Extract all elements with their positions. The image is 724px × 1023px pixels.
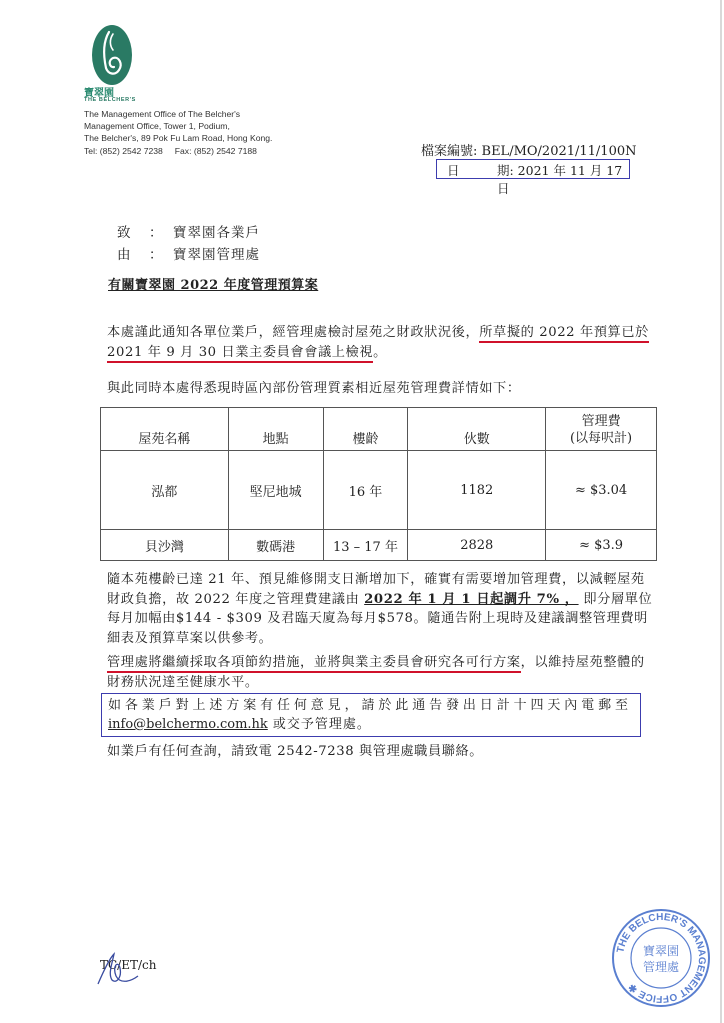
cell-age: 13 – 17 年 [323, 530, 408, 561]
recipients: 致：寶翠園各業戶 由：寶翠園管理處 [117, 222, 260, 266]
paragraph-budget-review: 本處謹此通知各單位業戶，經管理處檢討屋苑之財政狀況後，所草擬的 2022 年預算… [107, 323, 657, 363]
highlighted-text: 管理處將繼續採取各項節約措施，並將與業主委員會研究各可行方案 [107, 655, 521, 673]
colon: ： [149, 222, 173, 244]
signature-icon [94, 948, 154, 988]
address-line: The Management Office of The Belcher's [84, 108, 272, 120]
date-label: 日 [447, 161, 460, 179]
file-number: 檔案編號: BEL/MO/2021/11/100N [421, 140, 637, 159]
letterhead-address: The Management Office of The Belcher's M… [84, 108, 272, 157]
logo-english-name: THE BELCHER'S [84, 97, 136, 103]
feedback-notice-box: 如各業戶對上述方案有任何意見，請於此通告發出日計十四天內電郵至 info@bel… [101, 693, 641, 737]
cell-age: 16 年 [323, 451, 408, 530]
notice-line-2: info@belchermo.com.hk 或交予管理處。 [108, 715, 634, 734]
svg-text:寶翠園: 寶翠園 [643, 943, 679, 958]
cell-location: 堅尼地城 [228, 451, 323, 530]
address-line: The Belcher's, 89 Pok Fu Lam Road, Hong … [84, 132, 272, 144]
to-value: 寶翠園各業戶 [173, 225, 260, 241]
to-line: 致：寶翠園各業戶 [117, 222, 260, 244]
from-value: 寶翠園管理處 [173, 247, 260, 263]
increase-highlight: 2022 年 1 月 1 日起調升 7% ， [364, 592, 578, 607]
header-estate-name: 屋苑名稱 [101, 408, 229, 451]
svg-text:管理處: 管理處 [643, 959, 679, 974]
email-link[interactable]: info@belchermo.com.hk [108, 717, 268, 732]
header-fee-title: 管理費 [546, 413, 656, 430]
header-management-fee: 管理費 (以每呎計) [546, 408, 657, 451]
header-location: 地點 [228, 408, 323, 451]
cell-fee: ≈ $3.04 [546, 451, 657, 530]
table-row: 貝沙灣 數碼港 13 – 17 年 2828 ≈ $3.9 [101, 530, 657, 561]
paragraph-fee-increase: 隨本苑樓齡已達 21 年、預見維修開支日漸增加下，確實有需要增加管理費，以減輕屋… [107, 570, 657, 648]
paragraph-comparison-intro: 與此同時本處得悉現時區內部份管理質素相近屋苑管理費詳情如下： [107, 379, 657, 399]
to-key: 致 [117, 222, 149, 244]
notice-text: 或交予管理處。 [268, 717, 371, 732]
table-row: 泓都 堅尼地城 16 年 1182 ≈ $3.04 [101, 451, 657, 530]
paragraph-cost-saving: 管理處將繼續採取各項節約措施，並將與業主委員會研究各可行方案，以維持屋苑整體的財… [107, 653, 657, 692]
from-key: 由 [117, 244, 149, 266]
subject-heading: 有關寶翠園 2022 年度管理預算案 [108, 274, 318, 293]
notice-text: 如各業戶對上述方案有任何意見，請於此通告發出日計十四天內電郵至 [108, 696, 634, 715]
cell-location: 數碼港 [228, 530, 323, 561]
header-building-age: 樓齡 [323, 408, 408, 451]
date-value: 期: 2021 年 11 月 17 日 [497, 161, 629, 197]
colon: ： [149, 244, 173, 266]
cell-estate: 泓都 [101, 451, 229, 530]
header-units: 伙數 [408, 408, 546, 451]
office-stamp-icon: THE BELCHER'S MANAGEMENT OFFICE ✱ 寶翠園 管理… [609, 906, 713, 1010]
header-fee-unit: (以每呎計) [546, 430, 656, 447]
table-header-row: 屋苑名稱 地點 樓齡 伙數 管理費 (以每呎計) [101, 408, 657, 451]
cell-units: 1182 [408, 451, 546, 530]
date-box: 日 期: 2021 年 11 月 17 日 [436, 159, 630, 179]
paragraph-text: 。 [373, 345, 387, 360]
management-fee-table: 屋苑名稱 地點 樓齡 伙數 管理費 (以每呎計) 泓都 堅尼地城 16 年 11… [100, 407, 657, 561]
cell-fee: ≈ $3.9 [546, 530, 657, 561]
belchers-logo-icon [89, 24, 135, 86]
cell-units: 2828 [408, 530, 546, 561]
address-line: Management Office, Tower 1, Podium, [84, 120, 272, 132]
address-line: Tel: (852) 2542 7238 Fax: (852) 2542 718… [84, 145, 272, 157]
from-line: 由：寶翠園管理處 [117, 244, 260, 266]
paragraph-text: 本處謹此通知各單位業戶，經管理處檢討屋苑之財政狀況後， [107, 325, 479, 340]
contact-line: 如業戶有任何查詢，請致電 2542-7238 與管理處職員聯絡。 [107, 742, 657, 762]
cell-estate: 貝沙灣 [101, 530, 229, 561]
page-edge [720, 0, 722, 1023]
